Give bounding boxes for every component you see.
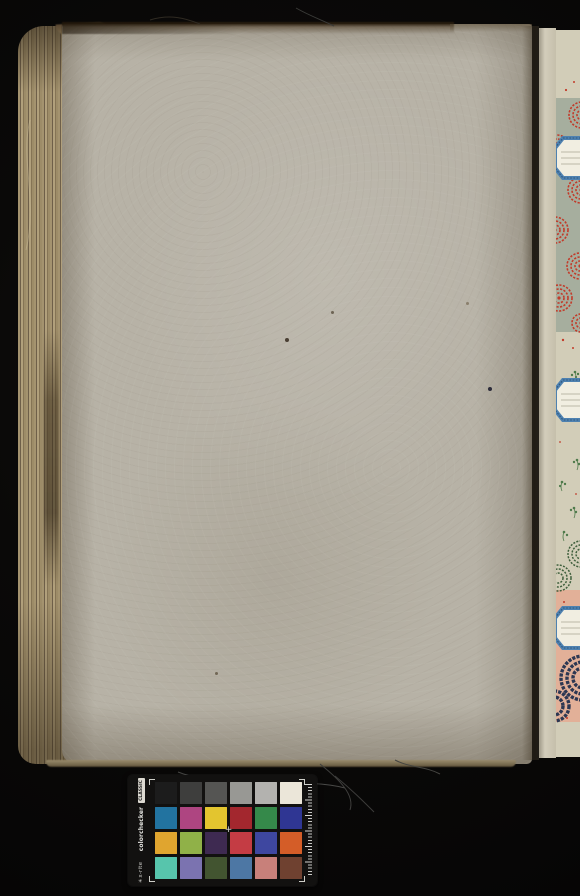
color-patch-12 (280, 807, 302, 829)
color-patch-16 (230, 832, 252, 854)
colorchecker-card: x-rite colorchecker CLASSIC + (128, 775, 317, 886)
registration-mark-bottom-left (149, 876, 155, 882)
xrite-logo: x-rite (138, 862, 144, 883)
color-patch-11 (255, 807, 277, 829)
classic-badge: CLASSIC (138, 778, 145, 803)
paper-speck (331, 311, 334, 314)
color-patch-17 (255, 832, 277, 854)
color-patch-1 (155, 782, 177, 804)
registration-mark-top-left (149, 779, 155, 785)
color-patch-10 (230, 807, 252, 829)
page-top-edge-right (450, 24, 532, 32)
color-patch-6 (280, 782, 302, 804)
color-patch-4 (230, 782, 252, 804)
photograph: x-rite colorchecker CLASSIC + (0, 0, 580, 896)
color-patch-3 (205, 782, 227, 804)
blank-page (62, 24, 532, 764)
paper-speck (215, 672, 218, 675)
color-patch-23 (255, 857, 277, 879)
pattern-artwork (556, 30, 580, 757)
paper-speck (466, 302, 469, 305)
color-patch-8 (180, 807, 202, 829)
color-patch-7 (155, 807, 177, 829)
fore-edge-dark-streak (44, 330, 59, 585)
registration-mark-bottom-right (299, 876, 305, 882)
patterned-page-strip (556, 30, 580, 757)
next-page-edge (539, 28, 556, 758)
gutter-shadow (522, 26, 539, 760)
colorchecker-label-strip: x-rite colorchecker CLASSIC (128, 775, 154, 886)
color-patch-22 (230, 857, 252, 879)
colorchecker-wordmark: colorchecker (138, 807, 145, 851)
registration-mark-top-right (299, 779, 305, 785)
color-patch-21 (205, 857, 227, 879)
color-patch-20 (180, 857, 202, 879)
page-bottom-edge (46, 760, 516, 767)
paper-speck (285, 338, 289, 342)
color-patch-19 (155, 857, 177, 879)
page-top-soiled-edge (62, 22, 454, 34)
color-patch-13 (155, 832, 177, 854)
paper-speck (488, 387, 492, 391)
center-registration-cross: + (224, 826, 233, 835)
color-patch-14 (180, 832, 202, 854)
color-patch-2 (180, 782, 202, 804)
ruler-scale (308, 784, 312, 877)
color-patch-15 (205, 832, 227, 854)
color-patch-5 (255, 782, 277, 804)
color-patch-18 (280, 832, 302, 854)
